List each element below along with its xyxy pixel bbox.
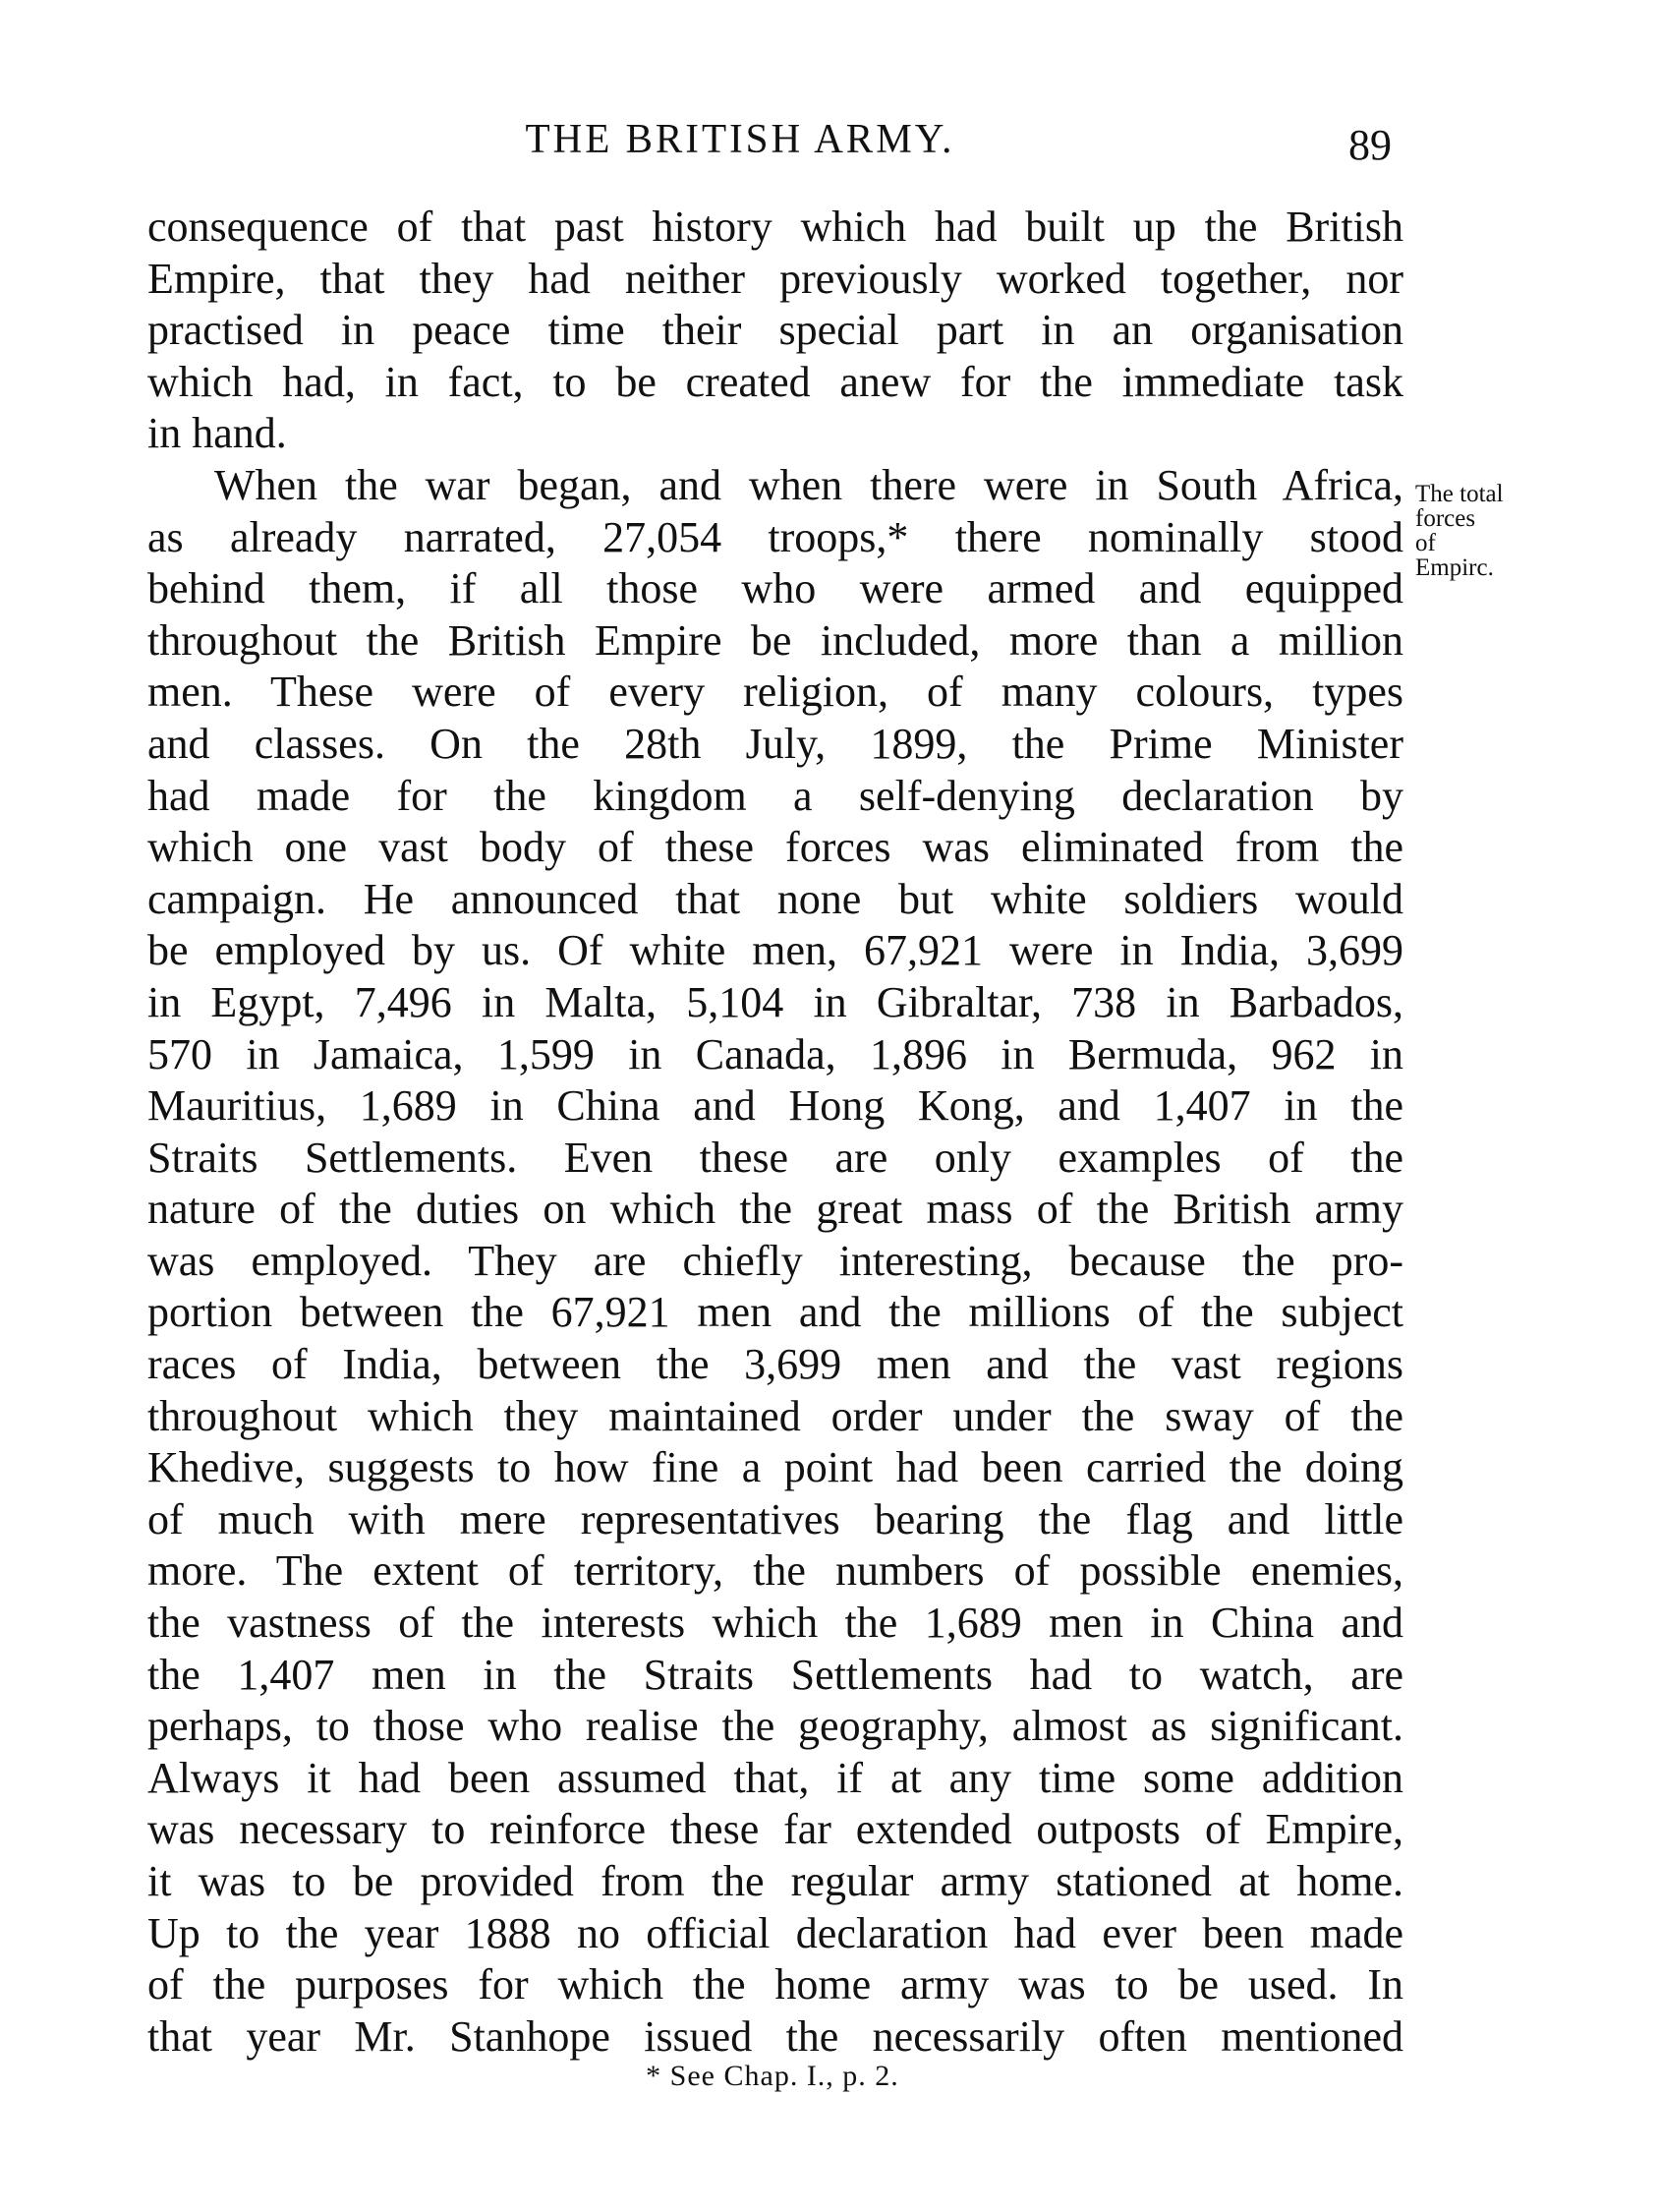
text-line: and classes. On the 28th July, 1899, the… [147, 719, 1403, 771]
footnote-text: * See Chap. I., p. 2. [646, 2060, 899, 2092]
margin-note: The total forces of Empirc. [1415, 482, 1631, 580]
margin-note-line: of [1415, 531, 1631, 555]
text-line: throughout the British Empire be include… [147, 615, 1403, 668]
text-line: Straits Settlements. Even these are only… [147, 1133, 1403, 1185]
margin-note-line: forces [1415, 506, 1631, 531]
text-line: the vastness of the interests which the … [147, 1598, 1403, 1650]
body-text: consequence of that past history which h… [147, 202, 1403, 2063]
text-line: consequence of that past history which h… [147, 202, 1403, 254]
text-line: throughout which they maintained order u… [147, 1391, 1403, 1443]
text-line: it was to be provided from the regular a… [147, 1856, 1403, 1908]
text-line: in Egypt, 7,496 in Malta, 5,104 in Gibra… [147, 977, 1403, 1029]
text-line: perhaps, to those who realise the geogra… [147, 1701, 1403, 1753]
text-line: the 1,407 men in the Straits Settlements… [147, 1650, 1403, 1702]
text-line: races of India, between the 3,699 men an… [147, 1339, 1403, 1391]
margin-note-line: The total [1415, 482, 1631, 506]
paragraph-start-line: When the war began, and when there were … [147, 460, 1403, 512]
running-head: THE BRITISH ARMY. 89 [0, 116, 1659, 175]
text-line: that year Mr. Stanhope issued the necess… [147, 2011, 1403, 2064]
text-line: behind them, if all those who were armed… [147, 563, 1403, 615]
text-line: Empire, that they had neither previously… [147, 254, 1403, 306]
text-line: was necessary to reinforce these far ext… [147, 1804, 1403, 1856]
text-line: of the purposes for which the home army … [147, 1959, 1403, 2011]
text-line: in hand. [147, 408, 1403, 460]
text-line: which had, in fact, to be created anew f… [147, 357, 1403, 409]
text-line: Up to the year 1888 no official declarat… [147, 1908, 1403, 1960]
text-line: more. The extent of territory, the numbe… [147, 1545, 1403, 1598]
margin-note-line: Empirc. [1415, 555, 1631, 580]
text-line: Khedive, suggests to how fine a point ha… [147, 1442, 1403, 1494]
text-line: which one vast body of these forces was … [147, 822, 1403, 874]
text-line: of much with mere representatives bearin… [147, 1494, 1403, 1546]
text-line: campaign. He announced that none but whi… [147, 874, 1403, 926]
text-line: practised in peace time their special pa… [147, 305, 1403, 357]
text-line: as already narrated, 27,054 troops,* the… [147, 512, 1403, 564]
text-line: 570 in Jamaica, 1,599 in Canada, 1,896 i… [147, 1029, 1403, 1081]
text-line: portion between the 67,921 men and the m… [147, 1287, 1403, 1339]
text-line: had made for the kingdom a self-denying … [147, 771, 1403, 823]
text-line: be employed by us. Of white men, 67,921 … [147, 925, 1403, 977]
text-line: was employed. They are chiefly interesti… [147, 1236, 1403, 1288]
text-line: nature of the duties on which the great … [147, 1184, 1403, 1236]
text-line: Always it had been assumed that, if at a… [147, 1753, 1403, 1805]
page-number: 89 [1348, 120, 1392, 170]
text-line: Mauritius, 1,689 in China and Hong Kong,… [147, 1080, 1403, 1133]
running-title: THE BRITISH ARMY. [525, 116, 954, 163]
text-line: men. These were of every religion, of ma… [147, 667, 1403, 719]
footnote: * See Chap. I., p. 2. [0, 2060, 1659, 2093]
